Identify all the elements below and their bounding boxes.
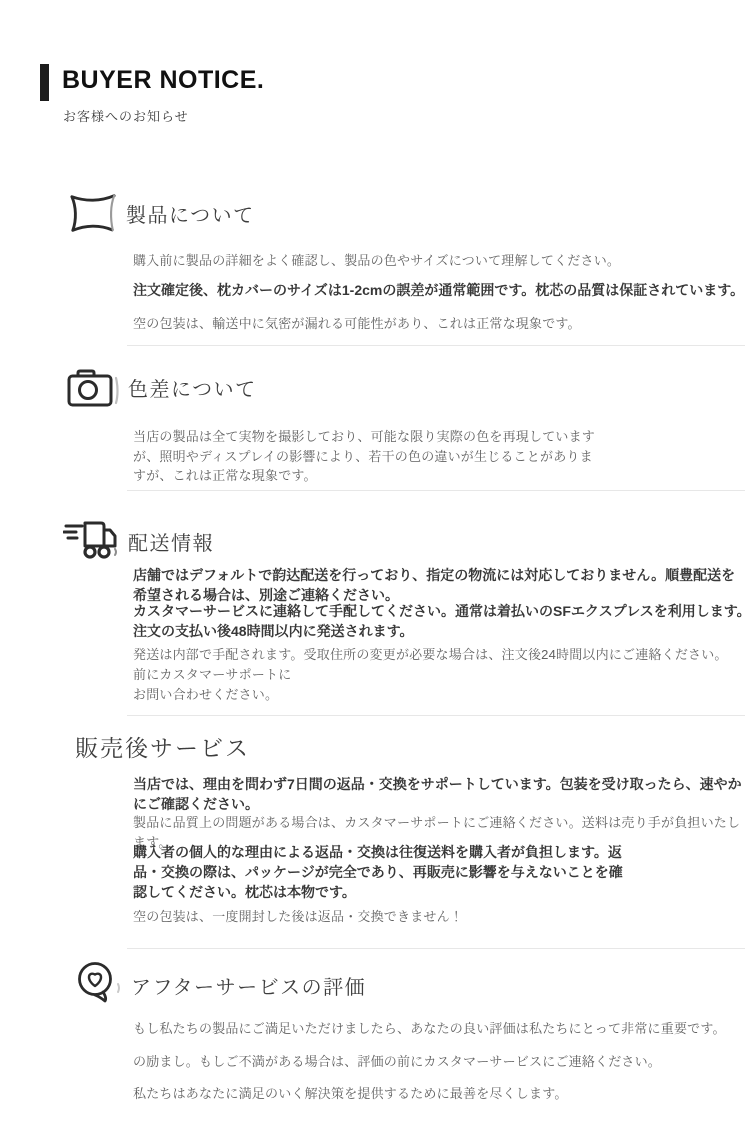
section-title-color: 色差について: [128, 373, 257, 402]
buyer-notice-page: BUYER NOTICE. お客様へのお知らせ 製品について 購入前に製品の詳細…: [0, 0, 750, 1144]
section-title-rating: アフターサービスの評価: [131, 971, 366, 1000]
product-paragraph: 注文確定後、枕カバーのサイズは1-2cmの誤差が通常範囲です。枕芯の品質は保証さ…: [133, 281, 750, 301]
shipping-paragraph: 店舗ではデフォルトで韵达配送を行っており、指定の物流には対応しておりません。順豊…: [133, 566, 750, 606]
aftersales-paragraph: 当店では、理由を問わず7日間の返品・交換をサポートしています。包装を受け取ったら…: [133, 775, 750, 815]
section-title-aftersales: 販売後サービス: [75, 730, 250, 763]
section-title-shipping: 配送情報: [128, 527, 214, 556]
rating-paragraph: の励まし。もしご不満がある場合は、評価の前にカスタマーサービスにご連絡ください。: [133, 1052, 750, 1072]
page-title: BUYER NOTICE.: [62, 66, 264, 95]
heart-bubble-icon: [74, 960, 126, 1004]
page-subtitle: お客様へのお知らせ: [63, 106, 189, 125]
camera-icon: [66, 367, 122, 409]
aftersales-paragraph: 購入者の個人的な理由による返品・交換は往復送料を購入者が負担します。返 品・交換…: [133, 843, 750, 903]
section-divider: [127, 490, 745, 491]
aftersales-paragraph: 空の包装は、一度開封した後は返品・交換できません！: [133, 907, 750, 927]
shipping-paragraph: 前にカスタマーサポートに お問い合わせください。: [133, 665, 750, 704]
rating-paragraph: もし私たちの製品にご満足いただけましたら、あなたの良い評価は私たちにとって非常に…: [133, 1019, 750, 1039]
section-divider: [127, 345, 745, 346]
section-divider: [127, 715, 745, 716]
title-accent-bar: [40, 64, 49, 101]
section-title-product: 製品について: [126, 199, 255, 228]
shipping-paragraph: 発送は内部で手配されます。受取住所の変更が必要な場合は、注文後24時間以内にご連…: [133, 645, 750, 665]
rating-paragraph: 私たちはあなたに満足のいく解決策を提供するために最善を尽くします。: [133, 1084, 750, 1104]
truck-icon: [63, 519, 119, 565]
product-paragraph: 購入前に製品の詳細をよく確認し、製品の色やサイズについて理解してください。: [133, 251, 750, 271]
pillow-icon: [68, 190, 118, 238]
product-paragraph: 空の包装は、輸送中に気密が漏れる可能性があり、これは正常な現象です。: [133, 314, 750, 334]
section-divider: [127, 948, 745, 949]
shipping-paragraph: カスタマーサービスに連絡して手配してください。通常は着払いのSFエクスプレスを利…: [133, 602, 750, 642]
color-paragraph: 当店の製品は全て実物を撮影しており、可能な限り実際の色を再現しています が、照明…: [133, 427, 750, 486]
